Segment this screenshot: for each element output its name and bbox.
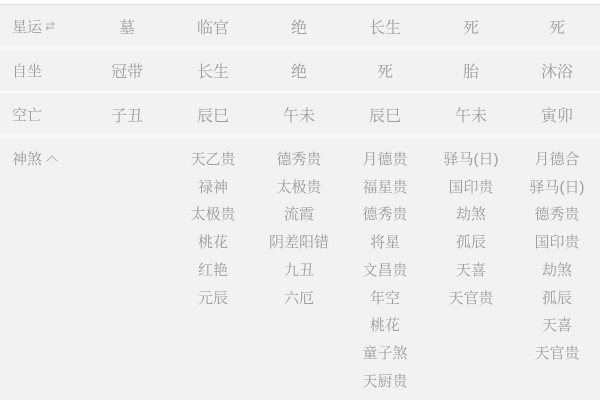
shensha-item: 驿马(日)	[514, 174, 600, 202]
void-cell: 午未	[428, 103, 514, 126]
self-sitting-cell: 长生	[170, 59, 256, 82]
row-header-star-stage[interactable]: 星运 ⇄	[0, 16, 84, 37]
shensha-item: 驿马(日)	[428, 146, 514, 174]
bazi-detail-table: 星运 ⇄ 墓临官绝长生死死 自坐 冠带长生绝死胎沐浴 空亡 子丑辰巳午未辰巳午未…	[0, 0, 600, 400]
shensha-item: 元辰	[170, 285, 256, 313]
star-stage-cell: 死	[514, 15, 600, 38]
shensha-column-2: 天乙贵禄神太极贵桃花红艳元辰	[170, 146, 256, 312]
star-stage-cell: 墓	[84, 15, 170, 38]
shensha-item: 太极贵	[256, 174, 342, 202]
shensha-item: 德秀贵	[514, 201, 600, 229]
shensha-item: 福星贵	[342, 174, 428, 202]
self-sitting-cell: 沐浴	[514, 59, 600, 82]
row-label-shensha: 神煞	[12, 146, 42, 174]
shensha-item: 德秀贵	[256, 146, 342, 174]
row-label-star-stage: 星运	[12, 16, 42, 37]
self-sitting-cell: 死	[342, 59, 428, 82]
shensha-item: 天喜	[514, 312, 600, 340]
void-cell: 辰巳	[342, 103, 428, 126]
shensha-item: 红艳	[170, 257, 256, 285]
row-label-self-sitting: 自坐	[12, 60, 42, 81]
shensha-item: 童子煞	[342, 340, 428, 368]
shensha-item: 国印贵	[428, 174, 514, 202]
shensha-item: 天官贵	[514, 340, 600, 368]
row-void: 空亡 子丑辰巳午未辰巳午未寅卯	[0, 93, 600, 137]
row-header-self-sitting[interactable]: 自坐	[0, 60, 84, 81]
self-sitting-cell: 胎	[428, 59, 514, 82]
row-shensha: 神煞 天乙贵禄神太极贵桃花红艳元辰 德秀贵太极贵流霞阴差阳错九丑六厄 月德贵福星…	[0, 137, 600, 398]
swap-icon: ⇄	[45, 20, 55, 32]
void-cells: 子丑辰巳午未辰巳午未寅卯	[84, 103, 600, 126]
star-stage-cell: 死	[428, 15, 514, 38]
shensha-item: 国印贵	[514, 229, 600, 257]
shensha-item: 天厨贵	[342, 368, 428, 396]
shensha-item: 天喜	[428, 257, 514, 285]
row-self-sitting: 自坐 冠带长生绝死胎沐浴	[0, 49, 600, 93]
void-cell: 午未	[256, 103, 342, 126]
shensha-item: 天官贵	[428, 285, 514, 313]
row-header-void[interactable]: 空亡	[0, 104, 84, 125]
row-header-shensha[interactable]: 神煞	[0, 146, 84, 174]
shensha-column-6: 月德合驿马(日)德秀贵国印贵劫煞孤辰天喜天官贵	[514, 146, 600, 368]
shensha-item: 禄神	[170, 174, 256, 202]
shensha-item: 月德贵	[342, 146, 428, 174]
shensha-item: 六厄	[256, 285, 342, 313]
self-sitting-cell: 绝	[256, 59, 342, 82]
shensha-item: 流霞	[256, 201, 342, 229]
shensha-item: 天乙贵	[170, 146, 256, 174]
void-cell: 寅卯	[514, 103, 600, 126]
void-cell: 子丑	[84, 103, 170, 126]
shensha-item: 桃花	[170, 229, 256, 257]
shensha-item: 太极贵	[170, 201, 256, 229]
shensha-item: 桃花	[342, 312, 428, 340]
chevron-up-icon	[46, 156, 57, 167]
void-cell: 辰巳	[170, 103, 256, 126]
row-label-void: 空亡	[12, 104, 42, 125]
shensha-columns: 天乙贵禄神太极贵桃花红艳元辰 德秀贵太极贵流霞阴差阳错九丑六厄 月德贵福星贵德秀…	[84, 146, 600, 395]
shensha-item: 九丑	[256, 257, 342, 285]
shensha-item: 阴差阳错	[256, 229, 342, 257]
star-stage-cell: 长生	[342, 15, 428, 38]
star-stage-cells: 墓临官绝长生死死	[84, 15, 600, 38]
shensha-item: 文昌贵	[342, 257, 428, 285]
shensha-item: 月德合	[514, 146, 600, 174]
shensha-item: 劫煞	[514, 257, 600, 285]
star-stage-cell: 绝	[256, 15, 342, 38]
shensha-item: 将星	[342, 229, 428, 257]
row-star-stage: 星运 ⇄ 墓临官绝长生死死	[0, 5, 600, 49]
shensha-item: 孤辰	[428, 229, 514, 257]
shensha-item: 劫煞	[428, 201, 514, 229]
shensha-item: 年空	[342, 285, 428, 313]
shensha-item: 孤辰	[514, 285, 600, 313]
self-sitting-cell: 冠带	[84, 59, 170, 82]
shensha-item: 德秀贵	[342, 201, 428, 229]
star-stage-cell: 临官	[170, 15, 256, 38]
shensha-column-3: 德秀贵太极贵流霞阴差阳错九丑六厄	[256, 146, 342, 312]
self-sitting-cells: 冠带长生绝死胎沐浴	[84, 59, 600, 82]
shensha-column-5: 驿马(日)国印贵劫煞孤辰天喜天官贵	[428, 146, 514, 312]
shensha-column-4: 月德贵福星贵德秀贵将星文昌贵年空桃花童子煞天厨贵	[342, 146, 428, 395]
